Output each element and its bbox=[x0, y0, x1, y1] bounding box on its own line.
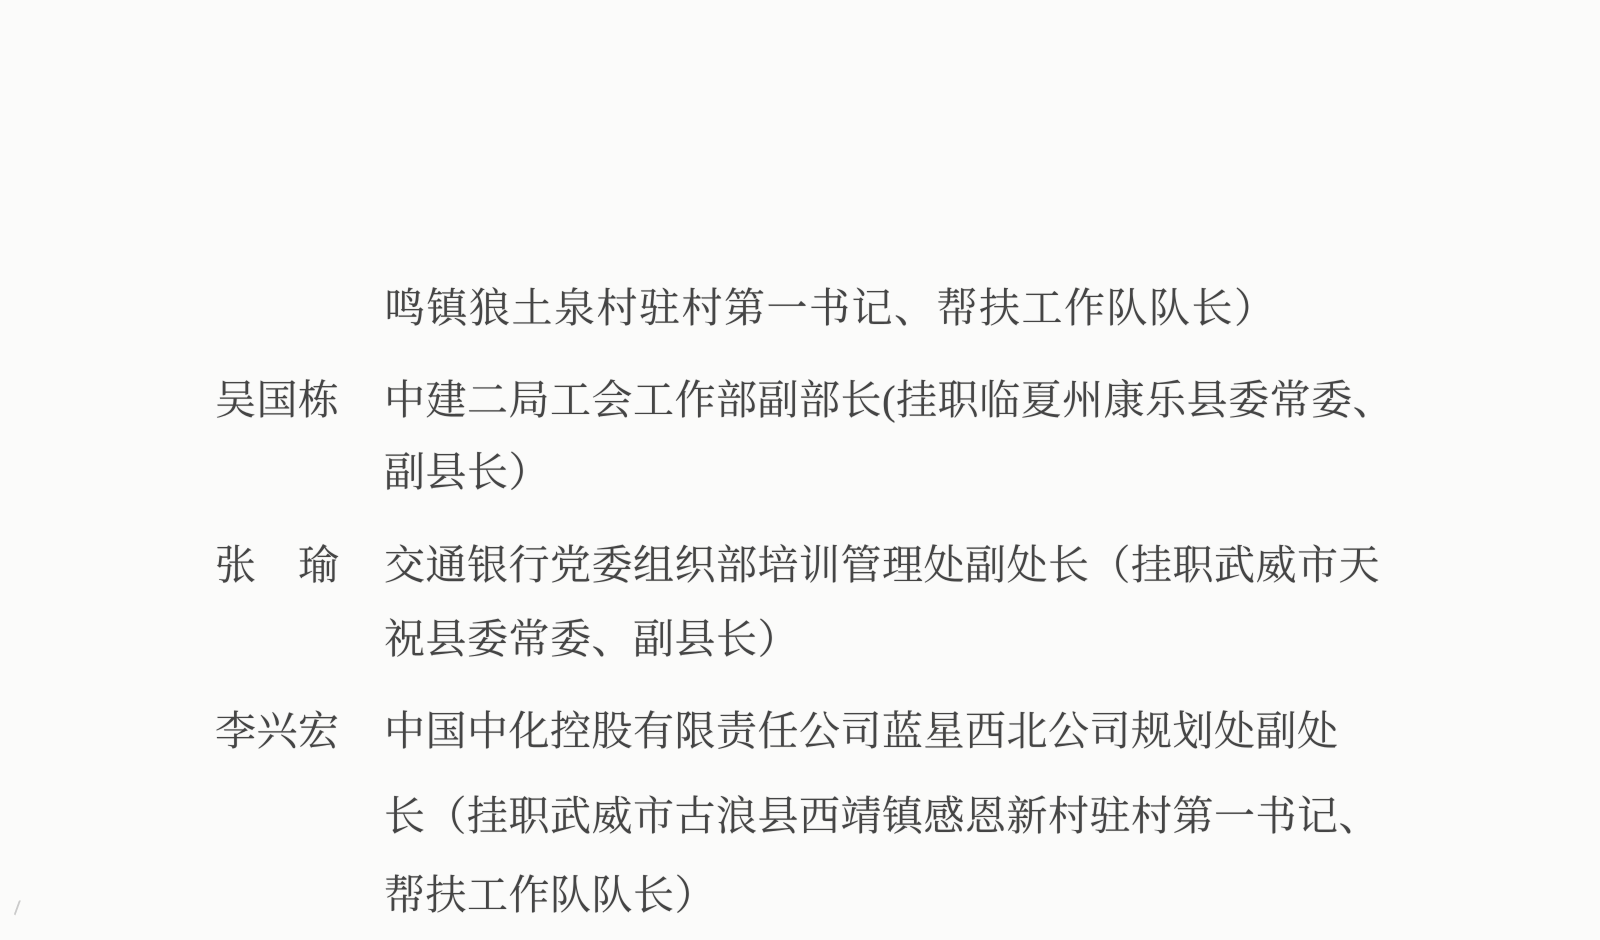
scanned-document-page: 鸣镇狼土泉村驻村第一书记、帮扶工作队队长） 吴国栋 中建二局工会工作部副部长(挂… bbox=[0, 0, 1600, 940]
doc-line: 副县长） bbox=[0, 447, 1600, 497]
person-name: 李兴宏 bbox=[215, 706, 340, 756]
doc-line-text: 副县长） bbox=[384, 447, 550, 497]
doc-line: 帮扶工作队队长） bbox=[0, 870, 1600, 920]
doc-line: 李兴宏 中国中化控股有限责任公司蓝星西北公司规划处副处 bbox=[0, 706, 1600, 756]
doc-line-text: 中建二局工会工作部副部长(挂职临夏州康乐县委常委、 bbox=[384, 375, 1394, 425]
doc-line: 张 瑜 交通银行党委组织部培训管理处副处长（挂职武威市天 bbox=[0, 540, 1600, 590]
doc-line-text: 祝县委常委、副县长） bbox=[384, 614, 799, 664]
person-name: 吴国栋 bbox=[215, 375, 340, 425]
person-name: 张 瑜 bbox=[215, 540, 340, 590]
doc-line: 长（挂职武威市古浪县西靖镇感恩新村驻村第一书记、 bbox=[0, 791, 1600, 841]
doc-line: 吴国栋 中建二局工会工作部副部长(挂职临夏州康乐县委常委、 bbox=[0, 375, 1600, 425]
doc-line-text: 帮扶工作队队长） bbox=[384, 870, 716, 920]
doc-line-text: 交通银行党委组织部培训管理处副处长（挂职武威市天 bbox=[384, 540, 1380, 590]
doc-line: 鸣镇狼土泉村驻村第一书记、帮扶工作队队长） bbox=[0, 283, 1600, 333]
doc-line-text: 鸣镇狼土泉村驻村第一书记、帮扶工作队队长） bbox=[384, 283, 1277, 333]
doc-line-text: 中国中化控股有限责任公司蓝星西北公司规划处副处 bbox=[384, 706, 1339, 756]
doc-line: 祝县委常委、副县长） bbox=[0, 614, 1600, 664]
doc-line-text: 长（挂职武威市古浪县西靖镇感恩新村驻村第一书记、 bbox=[384, 791, 1380, 841]
